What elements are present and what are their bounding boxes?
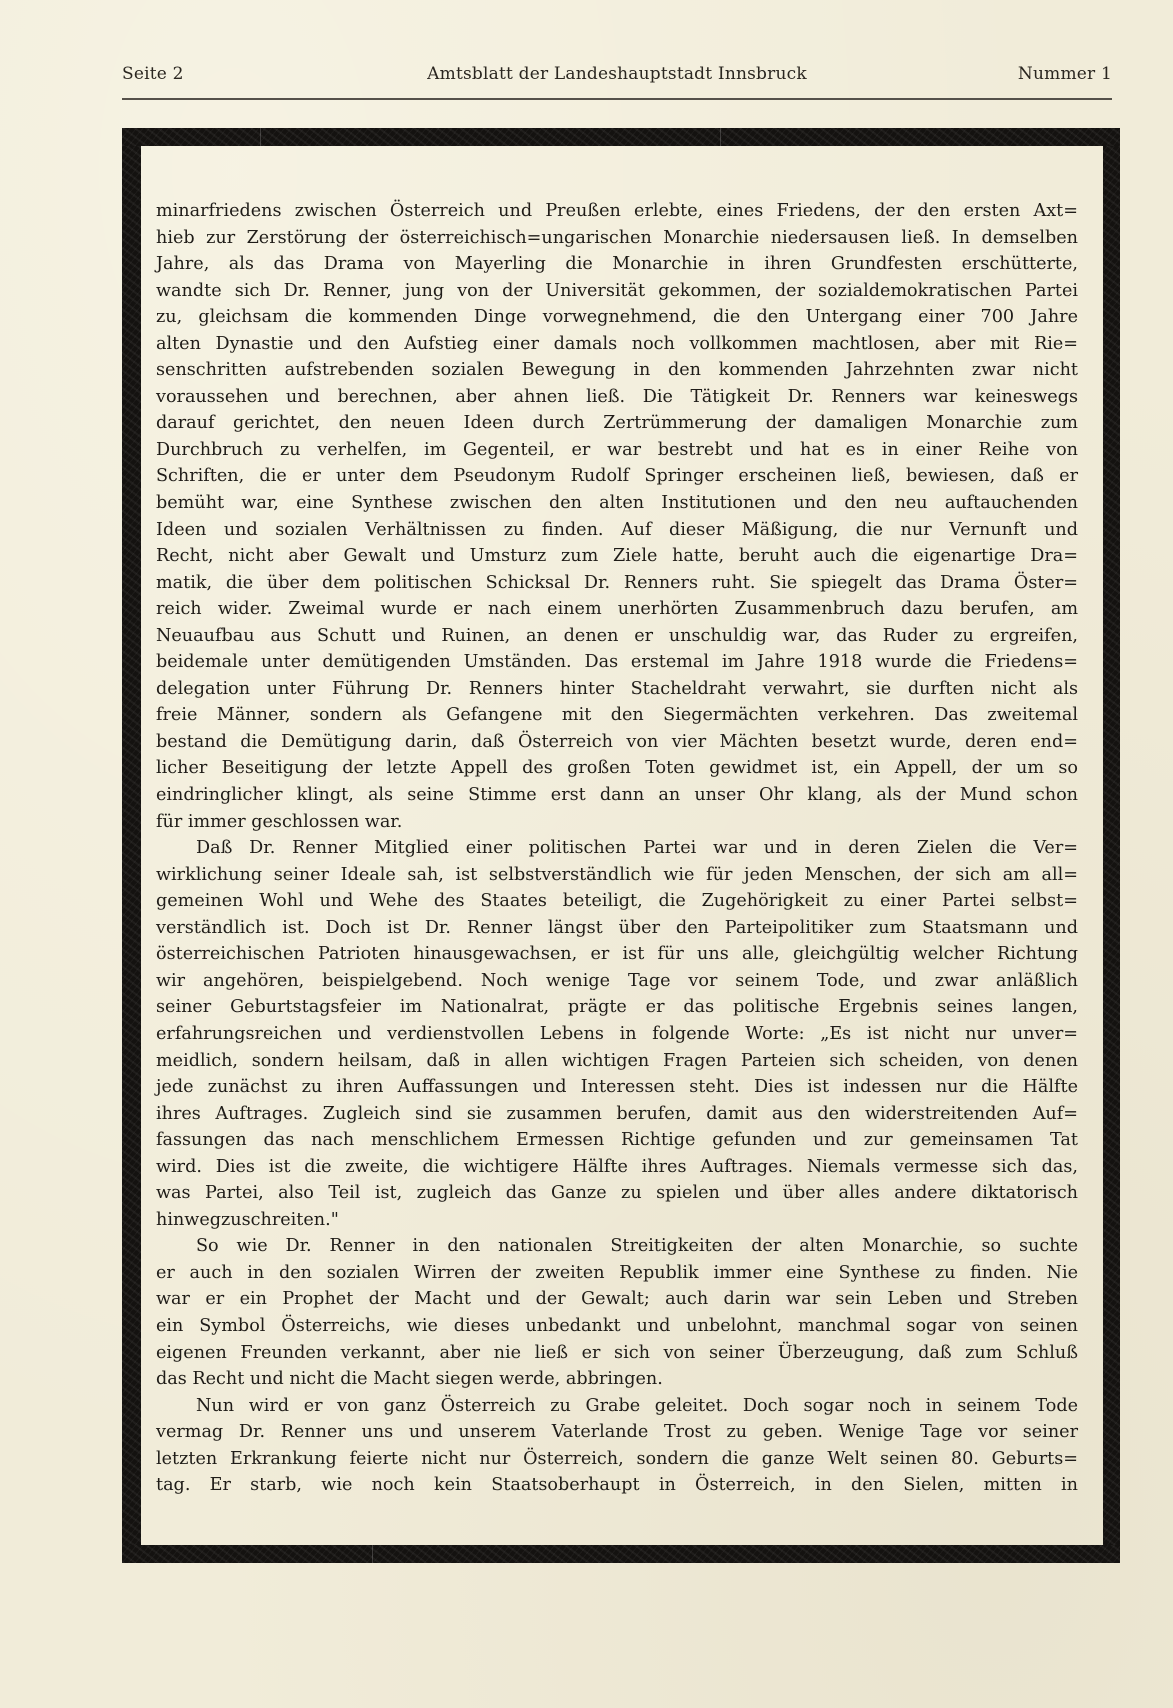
paragraph-first-line: Nun wird er von ganz Österreich zu Grabe… [156, 1393, 1078, 1420]
text-line: Neuaufbau aus Schutt und Ruinen, an dene… [156, 623, 1078, 650]
mourning-border-bottom [122, 1545, 1120, 1563]
text-line: hinwegzuschreiten." [156, 1207, 1078, 1234]
text-line: letzten Erkrankung feierte nicht nur Öst… [156, 1446, 1078, 1473]
border-seam [260, 128, 261, 146]
text-line: matik, die über dem politischen Schicksa… [156, 570, 1078, 597]
text-line: wird. Dies ist die zweite, die wichtiger… [156, 1154, 1078, 1181]
paragraph-first-line: Daß Dr. Renner Mitglied einer politische… [156, 835, 1078, 862]
publication-title: Amtsblatt der Landeshauptstadt Innsbruck [122, 64, 1112, 84]
paragraph-first-line: So wie Dr. Renner in den nationalen Stre… [156, 1233, 1078, 1260]
border-seam [372, 1545, 373, 1563]
text-line: verständlich ist. Doch ist Dr. Renner lä… [156, 915, 1078, 942]
text-line: seiner Geburtstagsfeier im Nationalrat, … [156, 994, 1078, 1021]
text-line: delegation unter Führung Dr. Renners hin… [156, 676, 1078, 703]
text-line: tag. Er starb, wie noch kein Staatsoberh… [156, 1472, 1078, 1499]
text-line: erfahrungsreichen und verdienstvollen Le… [156, 1021, 1078, 1048]
text-line: fassungen das nach menschlichem Ermessen… [156, 1127, 1078, 1154]
text-line: freie Männer, sondern als Gefangene mit … [156, 702, 1078, 729]
text-line: ihres Auftrages. Zugleich sind sie zusam… [156, 1101, 1078, 1128]
text-line: alten Dynastie und den Aufstieg einer da… [156, 331, 1078, 358]
text-line: Jahre, als das Drama von Mayerling die M… [156, 251, 1078, 278]
text-line: Recht, nicht aber Gewalt und Umsturz zum… [156, 543, 1078, 570]
mourning-border-left [122, 146, 141, 1546]
text-line: was Partei, also Teil ist, zugleich das … [156, 1180, 1078, 1207]
obituary-article-body: minarfriedens zwischen Österreich und Pr… [156, 198, 1078, 1499]
text-line: eigenen Freunden verkannt, aber nie ließ… [156, 1340, 1078, 1367]
text-line: er auch in den sozialen Wirren der zweit… [156, 1260, 1078, 1287]
text-line: meidlich, sondern heilsam, daß in allen … [156, 1048, 1078, 1075]
text-line: war er ein Prophet der Macht und der Gew… [156, 1286, 1078, 1313]
text-line: licher Beseitigung der letzte Appell des… [156, 755, 1078, 782]
header-rule [122, 98, 1112, 100]
text-line: darauf gerichtet, den neuen Ideen durch … [156, 410, 1078, 437]
text-line: bestand die Demütigung darin, daß Österr… [156, 729, 1078, 756]
mourning-border-right [1103, 146, 1120, 1546]
text-line: gemeinen Wohl und Wehe des Staates betei… [156, 888, 1078, 915]
text-line: vermag Dr. Renner uns und unserem Vaterl… [156, 1419, 1078, 1446]
issue-number: Nummer 1 [1018, 64, 1112, 84]
running-head: Seite 2 Amtsblatt der Landeshauptstadt I… [122, 64, 1112, 90]
text-line: österreichischen Patrioten hinausgewachs… [156, 941, 1078, 968]
text-line: wirklichung seiner Ideale sah, ist selbs… [156, 862, 1078, 889]
text-line: Durchbruch zu verhelfen, im Gegenteil, e… [156, 437, 1078, 464]
text-line: wir angehören, beispielgebend. Noch weni… [156, 968, 1078, 995]
text-line: das Recht und nicht die Macht siegen wer… [156, 1366, 1078, 1393]
text-line: ein Symbol Österreichs, wie dieses unbed… [156, 1313, 1078, 1340]
text-line: eindringlicher klingt, als seine Stimme … [156, 782, 1078, 809]
text-line: minarfriedens zwischen Österreich und Pr… [156, 198, 1078, 225]
text-line: wandte sich Dr. Renner, jung von der Uni… [156, 278, 1078, 305]
text-line: zu, gleichsam die kommenden Dinge vorweg… [156, 304, 1078, 331]
text-line: bemüht war, eine Synthese zwischen den a… [156, 490, 1078, 517]
text-line: reich wider. Zweimal wurde er nach einem… [156, 596, 1078, 623]
text-line: senschritten aufstrebenden sozialen Bewe… [156, 357, 1078, 384]
text-line: voraussehen und berechnen, aber ahnen li… [156, 384, 1078, 411]
text-line: Schriften, die er unter dem Pseudonym Ru… [156, 463, 1078, 490]
text-line: beidemale unter demütigenden Umständen. … [156, 649, 1078, 676]
border-seam [720, 128, 721, 146]
text-line: Ideen und sozialen Verhältnissen zu find… [156, 517, 1078, 544]
text-line: jede zunächst zu ihren Auffassungen und … [156, 1074, 1078, 1101]
mourning-border-top [122, 128, 1120, 146]
text-line: hieb zur Zerstörung der österreichisch=u… [156, 225, 1078, 252]
text-line: für immer geschlossen war. [156, 809, 1078, 836]
